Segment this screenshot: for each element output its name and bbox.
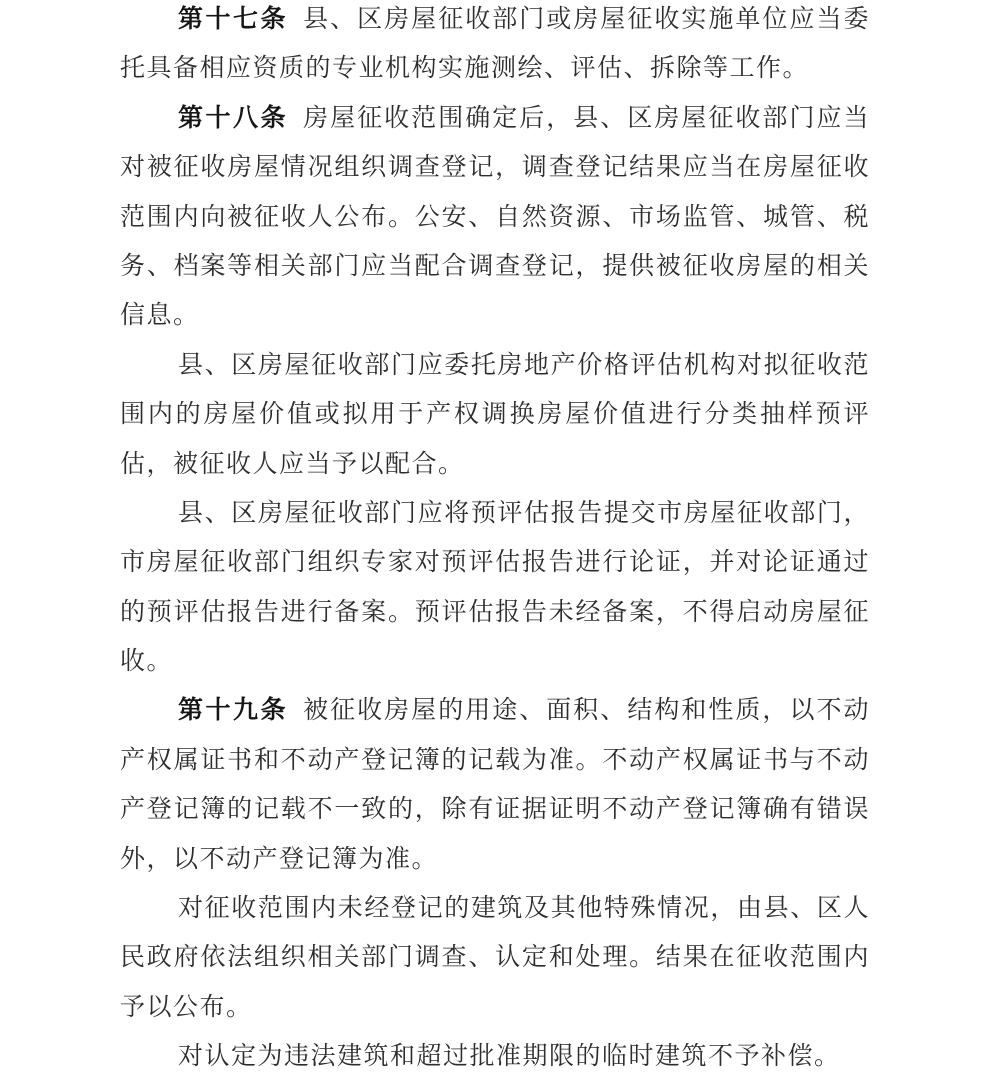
body-paragraph: 对认定为违法建筑和超过批准期限的临时建筑不予补偿。 xyxy=(120,1032,870,1075)
line-text: 产权属证书和不动产登记簿的记载为准。不动产权属证书与不动 xyxy=(120,747,870,774)
line-text: 围内的房屋价值或拟用于产权调换房屋价值进行分类抽样预评 xyxy=(120,401,870,428)
text-line: 对被征收房屋情况组织调查登记，调查登记结果应当在房屋征收 xyxy=(120,143,870,192)
line-text: 范围内向被征收人公布。公安、自然资源、市场监管、城管、税 xyxy=(120,204,870,231)
text-line: 市房屋征收部门组织专家对预评估报告进行论证，并对论证通过 xyxy=(120,538,870,587)
text-line: 收。 xyxy=(120,637,870,686)
text-line: 估，被征收人应当予以配合。 xyxy=(120,440,870,489)
line-text: 民政府依法组织相关部门调查、认定和处理。结果在征收范围内 xyxy=(120,944,870,971)
text-line: 予以公布。 xyxy=(120,983,870,1032)
article-number: 第十九条 xyxy=(178,696,288,724)
text-line: 信息。 xyxy=(120,291,870,340)
body-paragraph: 对征收范围内未经登记的建筑及其他特殊情况，由县、区人民政府依法组织相关部门调查、… xyxy=(120,884,870,1032)
article-number: 第十八条 xyxy=(178,104,288,132)
text-line: 范围内向被征收人公布。公安、自然资源、市场监管、城管、税 xyxy=(120,193,870,242)
line-text: 产登记簿的记载不一致的，除有证据证明不动产登记簿确有错误 xyxy=(120,796,870,823)
article-heading-line: 第十八条房屋征收范围确定后，县、区房屋征收部门应当 xyxy=(120,94,870,143)
line-text: 的预评估报告进行备案。预评估报告未经备案，不得启动房屋征 xyxy=(120,599,870,626)
line-text: 对认定为违法建筑和超过批准期限的临时建筑不予补偿。 xyxy=(178,1043,841,1070)
text-line: 托具备相应资质的专业机构实施测绘、评估、拆除等工作。 xyxy=(120,44,870,93)
article-paragraph: 第十八条房屋征收范围确定后，县、区房屋征收部门应当对被征收房屋情况组织调查登记，… xyxy=(120,94,870,341)
line-text: 对征收范围内未经登记的建筑及其他特殊情况，由县、区人 xyxy=(178,895,870,922)
text-line: 务、档案等相关部门应当配合调查登记，提供被征收房屋的相关 xyxy=(120,242,870,291)
line-text: 县、区房屋征收部门或房屋征收实施单位应当委 xyxy=(303,6,870,33)
line-text: 信息。 xyxy=(120,302,200,329)
body-paragraph: 县、区房屋征收部门应将预评估报告提交市房屋征收部门，市房屋征收部门组织专家对预评… xyxy=(120,489,870,687)
line-text: 市房屋征收部门组织专家对预评估报告进行论证，并对论证通过 xyxy=(120,549,870,576)
article-paragraph: 第十九条被征收房屋的用途、面积、结构和性质，以不动产权属证书和不动产登记簿的记载… xyxy=(120,686,870,884)
line-text: 县、区房屋征收部门应委托房地产价格评估机构对拟征收范 xyxy=(178,352,870,379)
text-line: 的预评估报告进行备案。预评估报告未经备案，不得启动房屋征 xyxy=(120,588,870,637)
line-text: 被征收房屋的用途、面积、结构和性质，以不动 xyxy=(303,697,870,724)
line-text: 外，以不动产登记簿为准。 xyxy=(120,846,438,873)
line-text: 对被征收房屋情况组织调查登记，调查登记结果应当在房屋征收 xyxy=(120,154,870,181)
line-text: 县、区房屋征收部门应将预评估报告提交市房屋征收部门， xyxy=(178,500,870,527)
body-paragraph: 县、区房屋征收部门应委托房地产价格评估机构对拟征收范围内的房屋价值或拟用于产权调… xyxy=(120,341,870,489)
text-line: 对认定为违法建筑和超过批准期限的临时建筑不予补偿。 xyxy=(120,1032,870,1075)
text-line: 县、区房屋征收部门应委托房地产价格评估机构对拟征收范 xyxy=(120,341,870,390)
article-heading-line: 第十九条被征收房屋的用途、面积、结构和性质，以不动 xyxy=(120,686,870,735)
text-line: 产登记簿的记载不一致的，除有证据证明不动产登记簿确有错误 xyxy=(120,785,870,834)
line-text: 托具备相应资质的专业机构实施测绘、评估、拆除等工作。 xyxy=(120,55,809,82)
line-text: 房屋征收范围确定后，县、区房屋征收部门应当 xyxy=(303,105,870,132)
article-paragraph: 第十七条县、区房屋征收部门或房屋征收实施单位应当委托具备相应资质的专业机构实施测… xyxy=(120,0,870,94)
text-line: 民政府依法组织相关部门调查、认定和处理。结果在征收范围内 xyxy=(120,933,870,982)
text-line: 外，以不动产登记簿为准。 xyxy=(120,835,870,884)
document-page: 第十七条县、区房屋征收部门或房屋征收实施单位应当委托具备相应资质的专业机构实施测… xyxy=(0,0,988,1075)
text-line: 围内的房屋价值或拟用于产权调换房屋价值进行分类抽样预评 xyxy=(120,390,870,439)
article-heading-line: 第十七条县、区房屋征收部门或房屋征收实施单位应当委 xyxy=(120,0,870,44)
text-line: 县、区房屋征收部门应将预评估报告提交市房屋征收部门， xyxy=(120,489,870,538)
text-line: 产权属证书和不动产登记簿的记载为准。不动产权属证书与不动 xyxy=(120,736,870,785)
article-number: 第十七条 xyxy=(178,5,288,33)
line-text: 收。 xyxy=(120,648,173,675)
line-text: 予以公布。 xyxy=(120,994,253,1021)
line-text: 估，被征收人应当予以配合。 xyxy=(120,451,465,478)
line-text: 务、档案等相关部门应当配合调查登记，提供被征收房屋的相关 xyxy=(120,253,870,280)
text-block: 第十七条县、区房屋征收部门或房屋征收实施单位应当委托具备相应资质的专业机构实施测… xyxy=(120,0,870,1075)
text-line: 对征收范围内未经登记的建筑及其他特殊情况，由县、区人 xyxy=(120,884,870,933)
